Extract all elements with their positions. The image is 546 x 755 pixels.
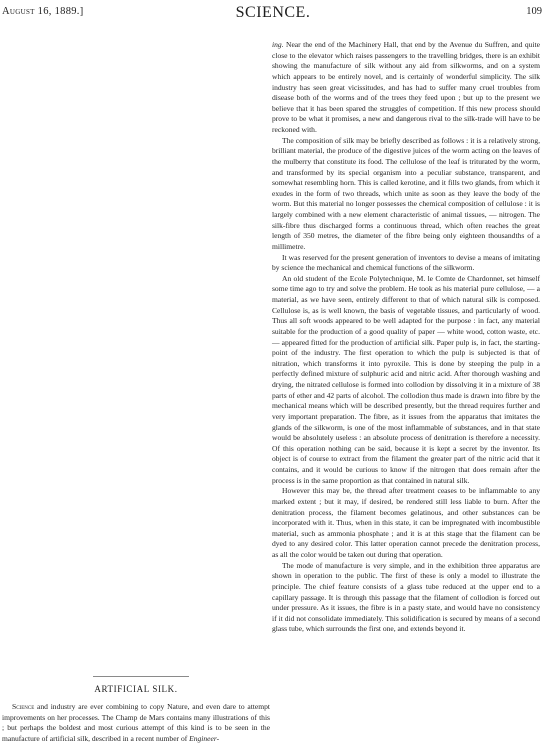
italic-word: Engineer-: [189, 734, 219, 743]
lead-word: Science: [12, 702, 34, 711]
page-number: 109: [526, 6, 542, 17]
running-header: August 16, 1889.] SCIENCE. 109: [0, 4, 546, 24]
section-divider: [93, 676, 189, 677]
left-column: Science and industry are ever combining …: [2, 702, 270, 745]
journal-title: SCIENCE.: [0, 4, 546, 22]
continuation-paragraph: ing. Near the end of the Machinery Hall,…: [272, 40, 540, 136]
right-column: ing. Near the end of the Machinery Hall,…: [272, 40, 540, 635]
paragraph-chardonnet: An old student of the Ecole Polytechniqu…: [272, 274, 540, 487]
paragraph-composition: The composition of silk may be briefly d…: [272, 136, 540, 253]
paragraph-inventors: It was reserved for the present generati…: [272, 253, 540, 274]
paragraph-treatment: However this may be, the thread after tr…: [272, 486, 540, 560]
paragraph-manufacture: The mode of manufacture is very simple, …: [272, 561, 540, 635]
article-title: ARTIFICIAL SILK.: [2, 684, 270, 694]
intro-paragraph: Science and industry are ever combining …: [2, 702, 270, 745]
italic-word: ing: [272, 40, 282, 49]
